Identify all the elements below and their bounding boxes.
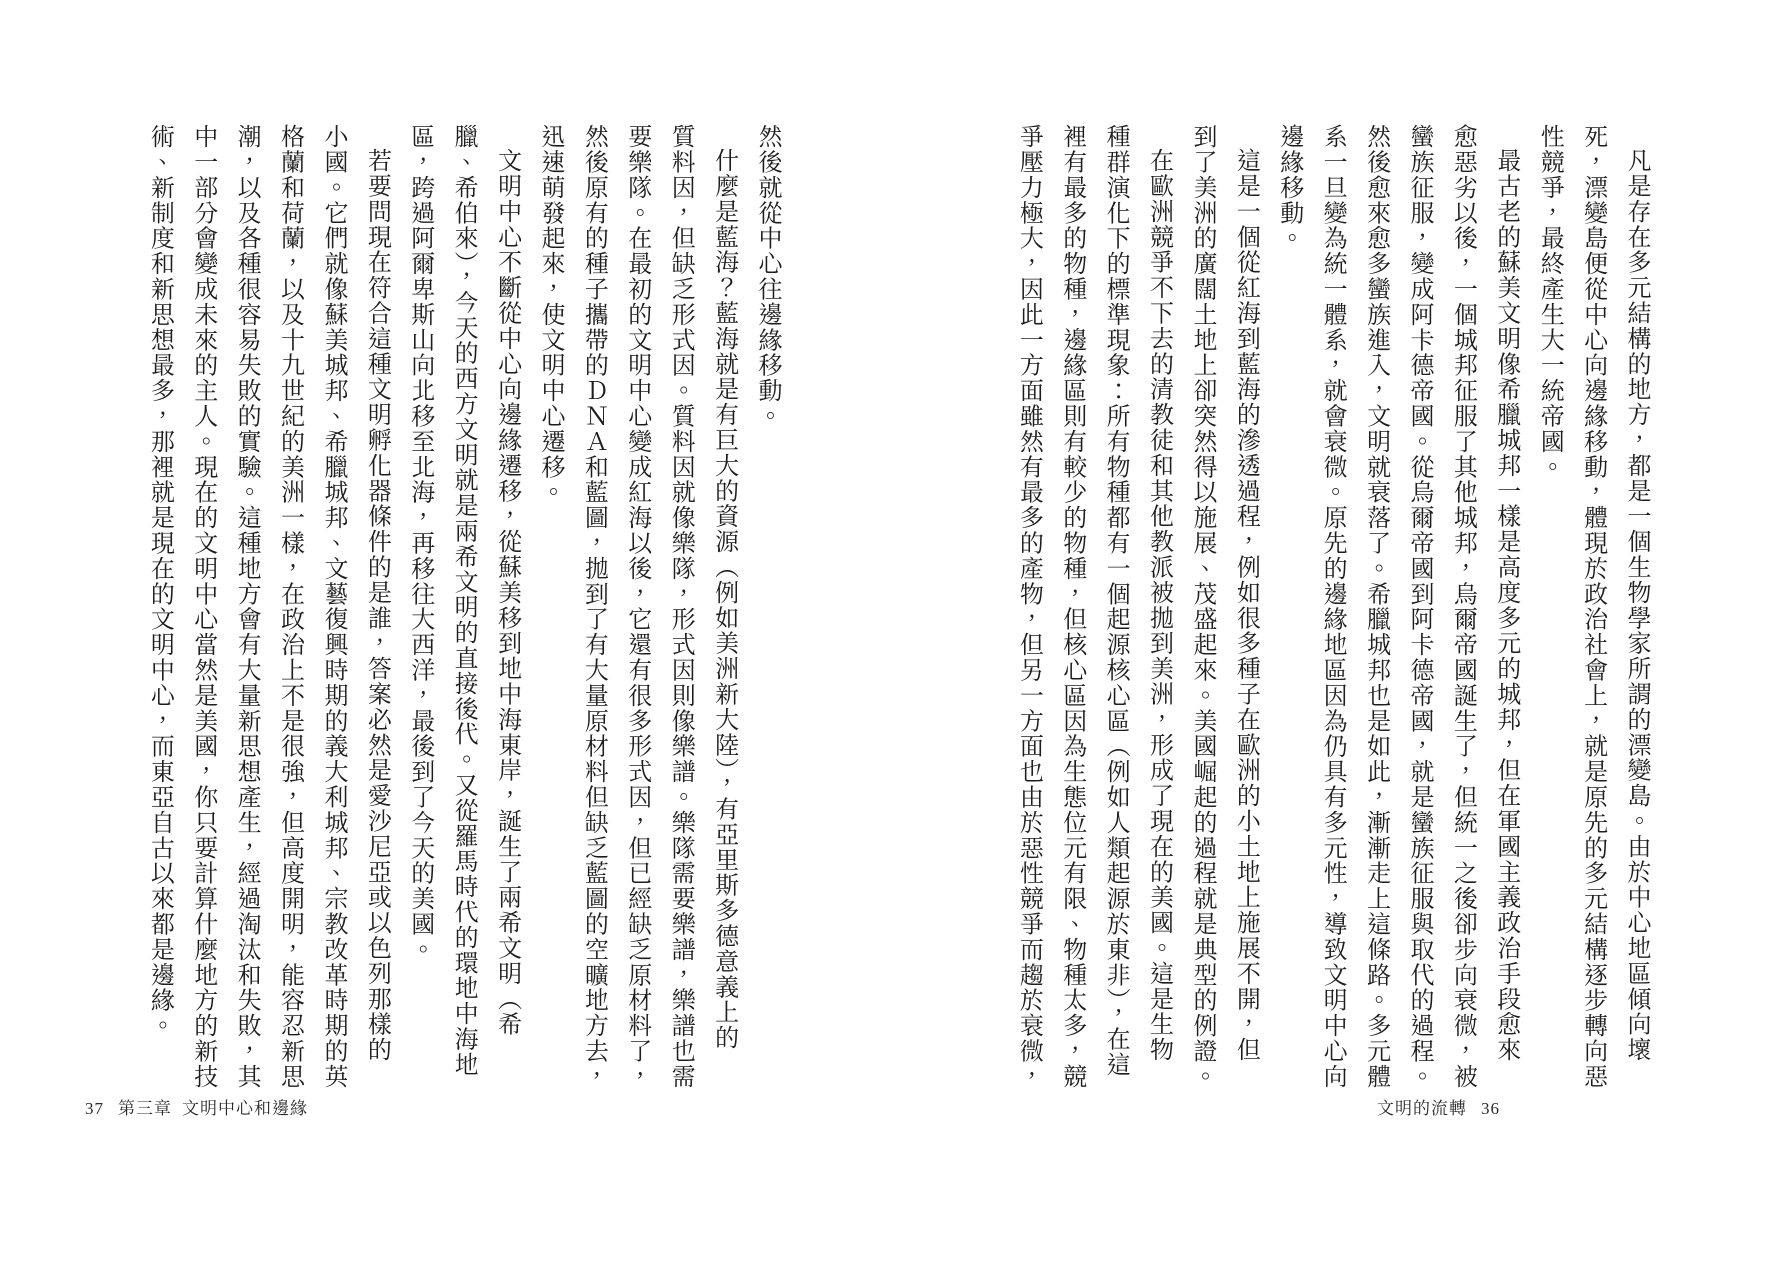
text-column: 迅速萌發起來，使文明中心遷移。 <box>528 124 571 1092</box>
text-column: 蠻族征服，變成阿卡德帝國。從烏爾帝國到阿卡德帝國，就是蠻族征服與取代的過程。 <box>1397 124 1440 1092</box>
text-column: 術、新制度和新思想最多，那裡就是現在的文明中心，而東亞自古以來都是邊緣。 <box>137 124 180 1092</box>
text-column: 性競爭，最終產生大一統帝國。 <box>1527 124 1570 1092</box>
text-column: 爭壓力極大，因此一方面雖然有最多的產物，但另一方面也由於惡性競爭而趨於衰微， <box>1006 124 1049 1092</box>
text-column: 邊緣移動。 <box>1266 124 1309 1092</box>
running-title: 文明的流轉 <box>1377 1094 1467 1119</box>
text-column: 若要問現在符合這種文明孵化器條件的是誰，答案必然是愛沙尼亞或以色列那樣的 <box>354 124 397 1092</box>
text-column: 最古老的蘇美文明像希臘城邦一樣是高度多元的城邦，但在軍國主義政治手段愈來 <box>1483 124 1526 1092</box>
text-column: 格蘭和荷蘭，以及十九世紀的美洲一樣，在政治上不是很強，但高度開明，能容忍新思 <box>267 124 310 1092</box>
text-column: 裡有最多的物種，邊緣區則有較少的物種，但核心區因為生態位元有限、物種太多，競 <box>1049 124 1092 1092</box>
page-37: 然後就從中心往邊緣移動。什麼是藍海？藍海就是有巨大的資源（例如美洲新大陸），有亞… <box>0 0 892 1276</box>
text-column: 然後愈來愈多蠻族進入，文明就衰落了。希臘城邦也是如此，漸漸走上這條路。多元體 <box>1353 124 1396 1092</box>
text-column: 死，漂變島便從中心向邊緣移動，體現於政治社會上，就是原先的多元結構逐步轉向惡 <box>1570 124 1613 1092</box>
text-column: 愈惡劣以後，一個城邦征服了其他城邦，烏爾帝國誕生了，但統一之後卻步向衰微，被 <box>1440 124 1483 1092</box>
text-column: 小國。它們就像蘇美城邦、希臘城邦、文藝復興時期的義大利城邦、宗教改革時期的英 <box>311 124 354 1092</box>
text-column: 種群演化下的標準現象：所有物種都有一個起源核心區（例如人類起源於東非），在這 <box>1093 124 1136 1092</box>
text-column: 系一旦變為統一體系，就會衰微。原先的邊緣地區因為仍具有多元性，導致文明中心向 <box>1310 124 1353 1092</box>
text-column: 到了美洲的廣闊土地上卻突然得以施展、茂盛起來。美國崛起的過程就是典型的例證。 <box>1180 124 1223 1092</box>
chapter-label: 第三章 <box>118 1094 172 1119</box>
text-column: 然後就從中心往邊緣移動。 <box>745 124 788 1092</box>
text-column: 要樂隊。在最初的文明中心變成紅海以後，它還有很多形式因，但已經缺乏原材料了， <box>614 124 657 1092</box>
text-column: 什麼是藍海？藍海就是有巨大的資源（例如美洲新大陸），有亞里斯多德意義上的 <box>701 124 744 1092</box>
page-36-text-block: 凡是存在多元結構的地方，都是一個生物學家所謂的漂變島。由於中心地區傾向壞死，漂變… <box>1002 124 1657 1092</box>
text-column: 文明中心不斷從中心向邊緣遷移，從蘇美移到地中海東岸，誕生了兩希文明（希 <box>484 124 527 1092</box>
text-column: 然後原有的種子攜帶的ＤＮＡ和藍圖，拋到了有大量原材料但缺乏藍圖的空曠地方去， <box>571 124 614 1092</box>
text-column: 中一部分會變成未來的主人。現在的文明中心當然是美國，你只要計算什麼地方的新技 <box>180 124 223 1092</box>
text-column: 在歐洲競爭不下去的清教徒和其他教派被拋到美洲，形成了現在的美國。這是生物 <box>1136 124 1179 1092</box>
text-column: 凡是存在多元結構的地方，都是一個生物學家所謂的漂變島。由於中心地區傾向壞 <box>1614 124 1657 1092</box>
text-column: 這是一個從紅海到藍海的滲透過程，例如很多種子在歐洲的小土地上施展不開，但 <box>1223 124 1266 1092</box>
page-37-footer: 37第三章文明中心和邊緣 <box>85 1094 308 1119</box>
text-column: 臘、希伯來），今天的西方文明就是兩希文明的直接後代。又從羅馬時代的環地中海地 <box>441 124 484 1092</box>
page-number-right: 36 <box>1481 1099 1500 1119</box>
page-36: 凡是存在多元結構的地方，都是一個生物學家所謂的漂變島。由於中心地區傾向壞死，漂變… <box>892 0 1784 1276</box>
chapter-title: 文明中心和邊緣 <box>182 1094 308 1119</box>
page-36-footer: 文明的流轉36 <box>1377 1094 1500 1119</box>
page-number-left: 37 <box>85 1099 104 1119</box>
text-column: 質料因，但缺乏形式因。質料因就像樂隊，形式因則像樂譜。樂隊需要樂譜，樂譜也需 <box>658 124 701 1092</box>
page-37-text-block: 然後就從中心往邊緣移動。什麼是藍海？藍海就是有巨大的資源（例如美洲新大陸），有亞… <box>133 124 788 1092</box>
text-column: 區，跨過阿爾卑斯山向北移至北海，再移往大西洋，最後到了今天的美國。 <box>397 124 440 1092</box>
text-column: 潮，以及各種很容易失敗的實驗。這種地方會有大量新思想產生，經過淘汰和失敗，其 <box>224 124 267 1092</box>
